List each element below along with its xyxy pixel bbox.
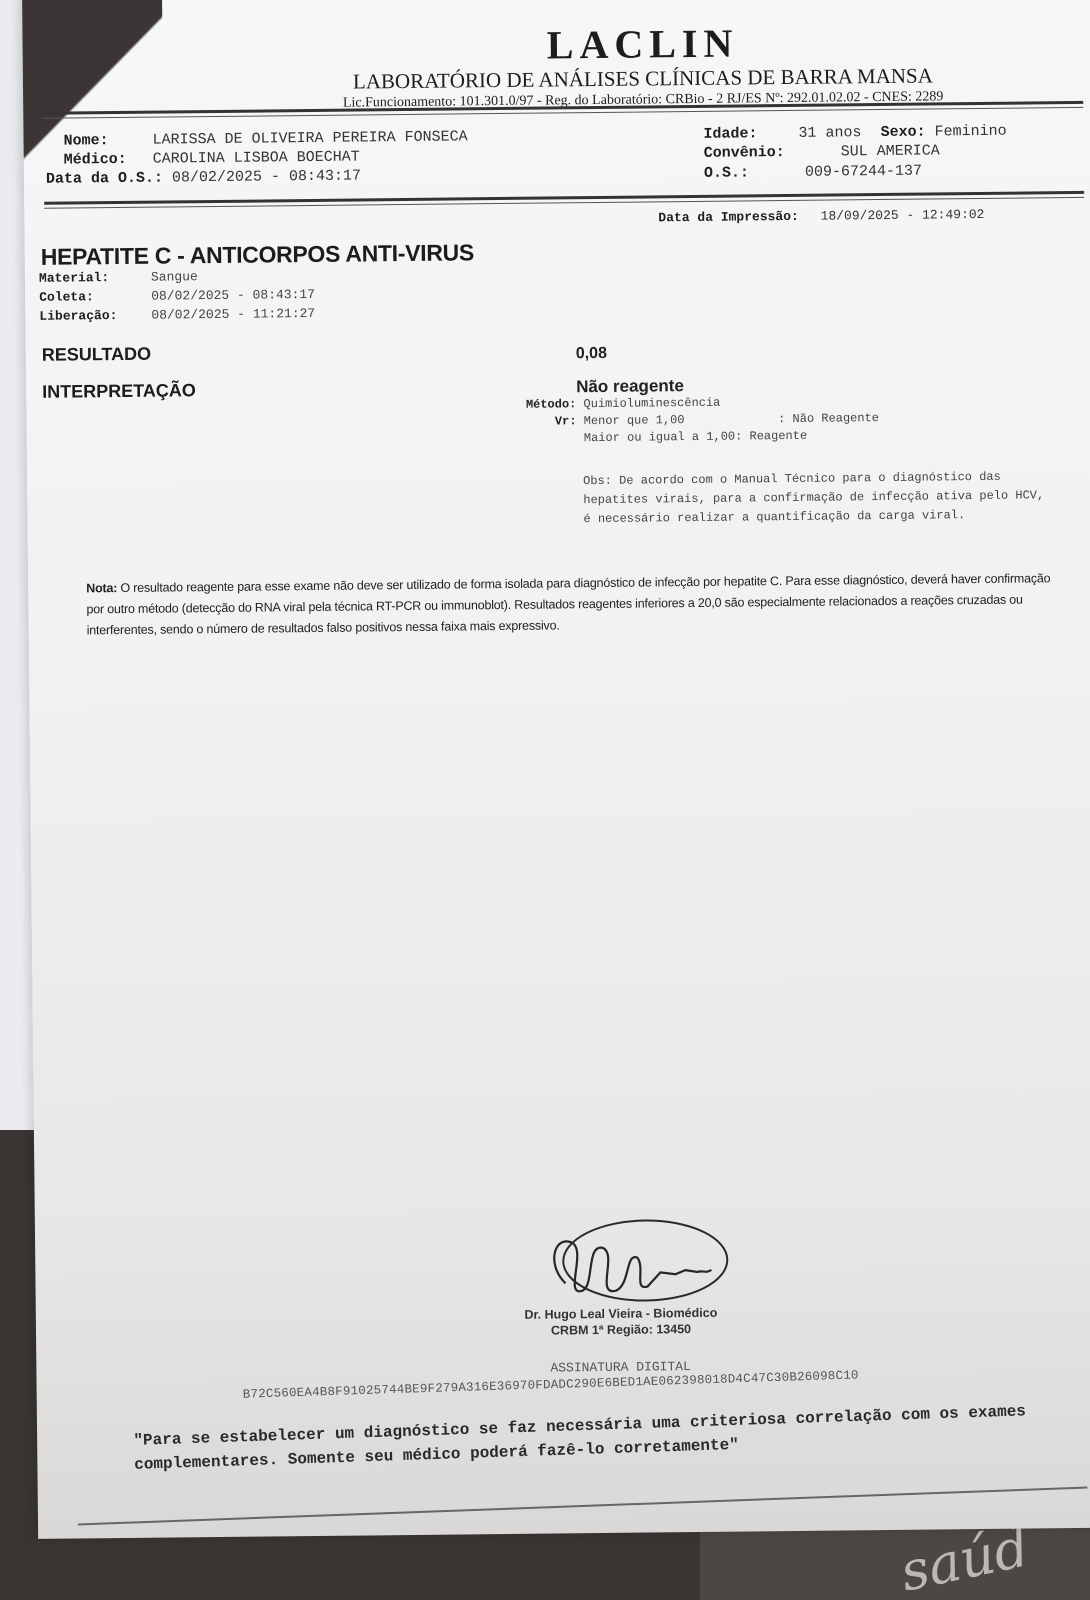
- collection-label: Coleta:: [39, 287, 151, 307]
- patient-divider: [44, 191, 1084, 209]
- table-surface: [700, 1520, 1090, 1600]
- note: Nota: O resultado reagente para esse exa…: [86, 568, 1067, 641]
- digital-signature-label: ASSINATURA DIGITAL: [550, 1359, 691, 1375]
- os-number-label: O.S.:: [704, 163, 796, 183]
- exam-meta: Material:Sangue Coleta:08/02/2025 - 08:4…: [39, 266, 315, 326]
- insurance-label: Convênio:: [704, 143, 832, 163]
- observation: Obs: De acordo com o Manual Técnico para…: [583, 467, 1054, 529]
- handwritten-signature: [525, 1211, 746, 1313]
- patient-name: LARISSA DE OLIVEIRA PEREIRA FONSECA: [152, 128, 467, 148]
- interpretation-label: INTERPRETAÇÃO: [42, 380, 196, 403]
- insurance-value: SUL AMERICA: [841, 142, 940, 160]
- signer-registry: CRBM 1ª Região: 13450: [501, 1321, 741, 1340]
- reference-label: Vr:: [504, 413, 576, 431]
- material-value: Sangue: [151, 269, 198, 284]
- os-number: 009-67244-137: [805, 163, 922, 181]
- footer-divider: [78, 1486, 1087, 1525]
- reference-line-1: Menor que 1,00 : Não Reagente: [584, 411, 879, 428]
- note-text: O resultado reagente para esse exame não…: [86, 571, 1050, 637]
- insurance-row: Convênio: SUL AMERICA: [704, 141, 940, 162]
- patient-name-label: Nome:: [63, 131, 143, 151]
- print-date: Data da Impressão: 18/09/2025 - 12:49:02: [658, 207, 984, 225]
- release-label: Liberação:: [39, 306, 151, 326]
- sex-label: Sexo:: [880, 124, 925, 141]
- os-date-row: Data da O.S.: 08/02/2025 - 08:43:17: [46, 166, 361, 188]
- collection-value: 08/02/2025 - 08:43:17: [151, 287, 315, 304]
- doctor-label: Médico:: [64, 150, 144, 170]
- method-value: Quimioluminescência: [583, 396, 720, 411]
- result-value: 0,08: [576, 345, 607, 363]
- material-label: Material:: [39, 268, 151, 288]
- lab-name: LACLIN: [242, 19, 1042, 69]
- result-label: RESULTADO: [42, 344, 152, 366]
- note-label: Nota:: [86, 581, 117, 595]
- lab-report-page: LACLIN LABORATÓRIO DE ANÁLISES CLÍNICAS …: [22, 0, 1090, 1539]
- interpretation-value: Não reagente: [576, 376, 684, 397]
- age-sex-row: Idade: 31 anos Sexo: Feminino: [703, 122, 1006, 144]
- age-label: Idade:: [703, 124, 789, 144]
- footer-disclaimer: "Para se estabelecer um diagnóstico se f…: [133, 1396, 1090, 1476]
- os-date: 08/02/2025 - 08:43:17: [172, 167, 361, 186]
- patient-name-row: Nome: LARISSA DE OLIVEIRA PEREIRA FONSEC…: [63, 127, 467, 150]
- reference-line-2: Maior ou igual a 1,00: Reagente: [584, 429, 807, 445]
- os-number-row: O.S.: 009-67244-137: [704, 162, 922, 183]
- print-date-value: 18/09/2025 - 12:49:02: [821, 207, 985, 224]
- signer-name: Dr. Hugo Leal Vieira - Biomédico: [501, 1305, 741, 1324]
- method-block: Método: Quimioluminescência Vr: Menor qu…: [504, 393, 879, 448]
- release-value: 08/02/2025 - 11:21:27: [151, 306, 315, 323]
- method-label: Método:: [504, 396, 576, 414]
- print-date-label: Data da Impressão:: [658, 209, 799, 225]
- signer-block: Dr. Hugo Leal Vieira - Biomédico CRBM 1ª…: [501, 1305, 741, 1340]
- doctor-name: CAROLINA LISBOA BOECHAT: [153, 148, 360, 167]
- age-value: 31 anos: [798, 124, 861, 142]
- lab-header: LACLIN LABORATÓRIO DE ANÁLISES CLÍNICAS …: [242, 19, 1043, 112]
- os-date-label: Data da O.S.:: [46, 170, 163, 188]
- sex-value: Feminino: [934, 123, 1006, 141]
